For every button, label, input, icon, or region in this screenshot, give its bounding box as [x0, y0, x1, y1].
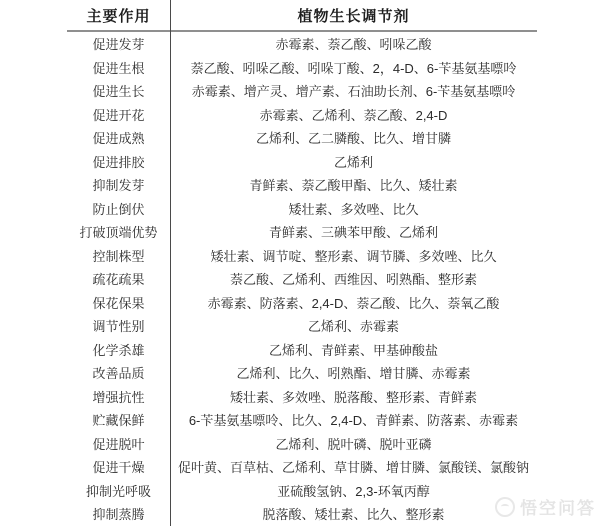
row-function: 增强抗性 [67, 387, 170, 406]
table-row: 抑制发芽 青鲜素、萘乙酸甲酯、比久、矮壮素 [0, 173, 600, 197]
row-function: 促进开花 [67, 105, 170, 124]
row-regulators: 乙烯利、比久、吲熟酯、增甘膦、赤霉素 [170, 363, 537, 382]
table-row: 促进干燥 促叶黄、百草枯、乙烯利、草甘膦、增甘膦、氯酸镁、氯酸钠 [0, 455, 600, 479]
row-function: 化学杀雄 [67, 340, 170, 359]
table-row: 防止倒伏 矮壮素、多效唑、比久 [0, 197, 600, 221]
table-row: 贮藏保鲜 6-苄基氨基嘌呤、比久、2,4-D、青鲜素、防落素、赤霉素 [0, 408, 600, 432]
row-function: 抑制光呼吸 [67, 481, 170, 500]
row-regulators: 萘乙酸、乙烯利、西维因、吲熟酯、整形素 [170, 269, 537, 288]
table-header-row: 主要作用 植物生长调节剂 [0, 0, 600, 30]
row-regulators: 萘乙酸、吲哚乙酸、吲哚丁酸、2，4-D、6-苄基氨基嘌呤 [170, 58, 537, 77]
table-row: 化学杀雄 乙烯利、青鲜素、甲基砷酸盐 [0, 338, 600, 362]
row-function: 防止倒伏 [67, 199, 170, 218]
row-regulators: 促叶黄、百草枯、乙烯利、草甘膦、增甘膦、氯酸镁、氯酸钠 [170, 457, 537, 476]
row-regulators: 矮壮素、多效唑、脱落酸、整形素、青鲜素 [170, 387, 537, 406]
row-function: 促进脱叶 [67, 434, 170, 453]
table-row: 促进生根 萘乙酸、吲哚乙酸、吲哚丁酸、2，4-D、6-苄基氨基嘌呤 [0, 56, 600, 80]
table-body: 促进发芽 赤霉素、萘乙酸、吲哚乙酸 促进生根 萘乙酸、吲哚乙酸、吲哚丁酸、2，4… [0, 32, 600, 526]
column-header-function: 主要作用 [67, 5, 170, 26]
row-function: 保花保果 [67, 293, 170, 312]
row-function: 促进生长 [67, 81, 170, 100]
row-regulators: 乙烯利、赤霉素 [170, 316, 537, 335]
row-function: 控制株型 [67, 246, 170, 265]
row-regulators: 青鲜素、萘乙酸甲酯、比久、矮壮素 [170, 175, 537, 194]
watermark-text: 悟空问答 [520, 494, 596, 519]
row-function: 抑制发芽 [67, 175, 170, 194]
table-row: 促进开花 赤霉素、乙烯利、萘乙酸、2,4-D [0, 103, 600, 127]
row-regulators: 赤霉素、萘乙酸、吲哚乙酸 [170, 34, 537, 53]
row-regulators: 乙烯利、青鲜素、甲基砷酸盐 [170, 340, 537, 359]
row-function: 促进干燥 [67, 457, 170, 476]
table-row: 促进脱叶 乙烯利、脱叶磷、脱叶亚磷 [0, 432, 600, 456]
table-row: 促进排胶 乙烯利 [0, 150, 600, 174]
table-row: 打破顶端优势 青鲜素、三碘苯甲酸、乙烯利 [0, 220, 600, 244]
column-header-regulators: 植物生长调节剂 [170, 5, 537, 26]
table-row: 改善品质 乙烯利、比久、吲熟酯、增甘膦、赤霉素 [0, 361, 600, 385]
wukong-logo-icon [495, 497, 515, 517]
table-row: 增强抗性 矮壮素、多效唑、脱落酸、整形素、青鲜素 [0, 385, 600, 409]
table-row: 促进成熟 乙烯利、乙二膦酸、比久、增甘膦 [0, 126, 600, 150]
row-function: 促进生根 [67, 58, 170, 77]
row-regulators: 6-苄基氨基嘌呤、比久、2,4-D、青鲜素、防落素、赤霉素 [170, 410, 537, 429]
row-function: 促进排胶 [67, 152, 170, 171]
row-regulators: 赤霉素、增产灵、增产素、石油助长剂、6-苄基氨基嘌呤 [170, 81, 537, 100]
row-function: 改善品质 [67, 363, 170, 382]
row-regulators: 乙烯利、脱叶磷、脱叶亚磷 [170, 434, 537, 453]
row-function: 抑制蒸腾 [67, 504, 170, 523]
row-regulators: 矮壮素、多效唑、比久 [170, 199, 537, 218]
row-regulators: 青鲜素、三碘苯甲酸、乙烯利 [170, 222, 537, 241]
table-row: 疏花疏果 萘乙酸、乙烯利、西维因、吲熟酯、整形素 [0, 267, 600, 291]
table-row: 保花保果 赤霉素、防落素、2,4-D、萘乙酸、比久、萘氧乙酸 [0, 291, 600, 315]
table-row: 调节性别 乙烯利、赤霉素 [0, 314, 600, 338]
wukong-watermark: 悟空问答 [495, 494, 596, 519]
table-row: 促进发芽 赤霉素、萘乙酸、吲哚乙酸 [0, 32, 600, 56]
row-regulators: 赤霉素、防落素、2,4-D、萘乙酸、比久、萘氧乙酸 [170, 293, 537, 312]
row-regulators: 矮壮素、调节啶、整形素、调节膦、多效唑、比久 [170, 246, 537, 265]
regulators-table-page: 主要作用 植物生长调节剂 促进发芽 赤霉素、萘乙酸、吲哚乙酸 促进生根 萘乙酸、… [0, 0, 600, 526]
table-row: 控制株型 矮壮素、调节啶、整形素、调节膦、多效唑、比久 [0, 244, 600, 268]
row-regulators: 亚硫酸氢钠、2,3-环氧丙醇 [170, 481, 537, 500]
row-regulators: 脱落酸、矮壮素、比久、整形素 [170, 504, 537, 523]
row-function: 促进成熟 [67, 128, 170, 147]
row-function: 贮藏保鲜 [67, 410, 170, 429]
row-regulators: 赤霉素、乙烯利、萘乙酸、2,4-D [170, 105, 537, 124]
row-function: 疏花疏果 [67, 269, 170, 288]
row-regulators: 乙烯利、乙二膦酸、比久、增甘膦 [170, 128, 537, 147]
row-function: 打破顶端优势 [67, 222, 170, 241]
row-function: 促进发芽 [67, 34, 170, 53]
table-row: 促进生长 赤霉素、增产灵、增产素、石油助长剂、6-苄基氨基嘌呤 [0, 79, 600, 103]
row-function: 调节性别 [67, 316, 170, 335]
row-regulators: 乙烯利 [170, 152, 537, 171]
